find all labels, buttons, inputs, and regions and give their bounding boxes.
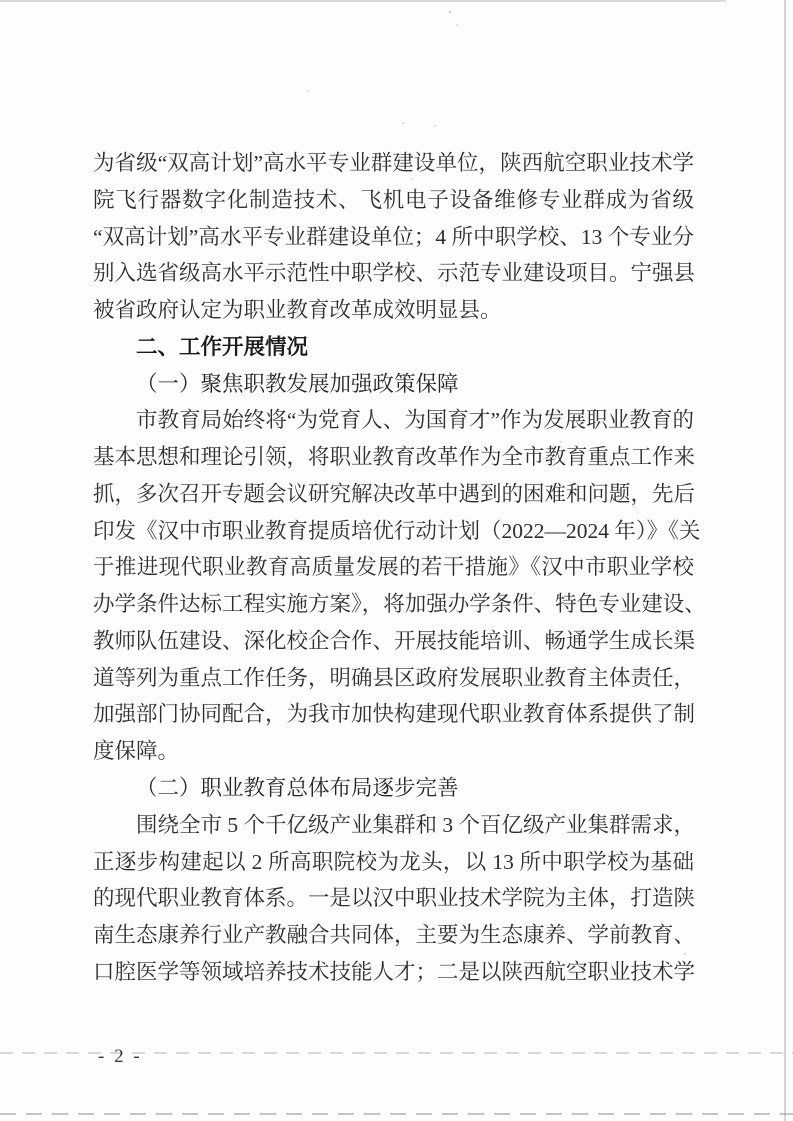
body-line: 于推进现代职业教育高质量发展的若干措施》《汉中市职业学校	[93, 549, 694, 586]
scan-speck	[434, 125, 436, 127]
body-line: 抓，多次召开专题会议研究解决改革中遇到的困难和问题，先后	[93, 476, 694, 513]
body-line: 道等列为重点工作任务，明确县区政府发展职业教育主体责任，	[93, 660, 694, 697]
body-line: 加强部门协同配合，为我市加快构建现代职业教育体系提供了制	[93, 696, 694, 733]
section-heading: 二、工作开展情况	[93, 329, 694, 366]
scan-speck	[449, 11, 451, 13]
body-line: 办学条件达标工程实施方案》，将加强办学条件、特色专业建设、	[93, 586, 694, 623]
body-line: 为省级“双高计划”高水平专业群建设单位，陕西航空职业技术学	[93, 145, 694, 182]
subsection-heading: （一）聚焦职教发展加强政策保障	[93, 366, 694, 403]
body-line: 度保障。	[93, 733, 694, 770]
scan-top-edge-line	[0, 0, 726, 2]
body-line: 的现代职业教育体系。一是以汉中职业技术学院为主体，打造陕	[93, 880, 694, 917]
subsection-heading: （二）职业教育总体布局逐步完善	[93, 770, 694, 807]
body-line: 印发《汉中市职业教育提质培优行动计划（2022—2024 年）》《关	[93, 513, 694, 550]
body-line: “双高计划”高水平专业群建设单位；4 所中职学校、13 个专业分	[93, 219, 694, 256]
body-line: 围绕全市 5 个千亿级产业集群和 3 个百亿级产业集群需求，	[93, 807, 694, 844]
body-line: 教师队伍建设、深化校企合作、开展技能培训、畅通学生成长渠	[93, 623, 694, 660]
body-line: 别入选省级高水平示范性中职学校、示范专业建设项目。宁强县	[93, 255, 694, 292]
scan-speck	[307, 90, 309, 92]
scan-right-edge-line	[784, 0, 786, 1121]
scan-speck	[456, 24, 458, 26]
page-number: - 2 -	[98, 1046, 142, 1068]
body-line: 基本思想和理论引领，将职业教育改革作为全市教育重点工作来	[93, 439, 694, 476]
body-line: 正逐步构建起以 2 所高职院校为龙头，以 13 所中职学校为基础	[93, 844, 694, 881]
scan-dashed-line	[0, 1113, 793, 1115]
document-text-block: 为省级“双高计划”高水平专业群建设单位，陕西航空职业技术学 院飞行器数字化制造技…	[93, 145, 694, 991]
body-line: 院飞行器数字化制造技术、飞机电子设备维修专业群成为省级	[93, 182, 694, 219]
body-line: 南生态康养行业产教融合共同体，主要为生态康养、学前教育、	[93, 917, 694, 954]
body-line: 被省政府认定为职业教育改革成效明显县。	[93, 292, 694, 329]
body-line: 市教育局始终将“为党育人、为国育才”作为发展职业教育的	[93, 402, 694, 439]
scan-speck	[402, 122, 404, 124]
body-line: 口腔医学等领域培养技术技能人才；二是以陕西航空职业技术学	[93, 954, 694, 991]
scanned-document-page: 为省级“双高计划”高水平专业群建设单位，陕西航空职业技术学 院飞行器数字化制造技…	[0, 0, 793, 1121]
